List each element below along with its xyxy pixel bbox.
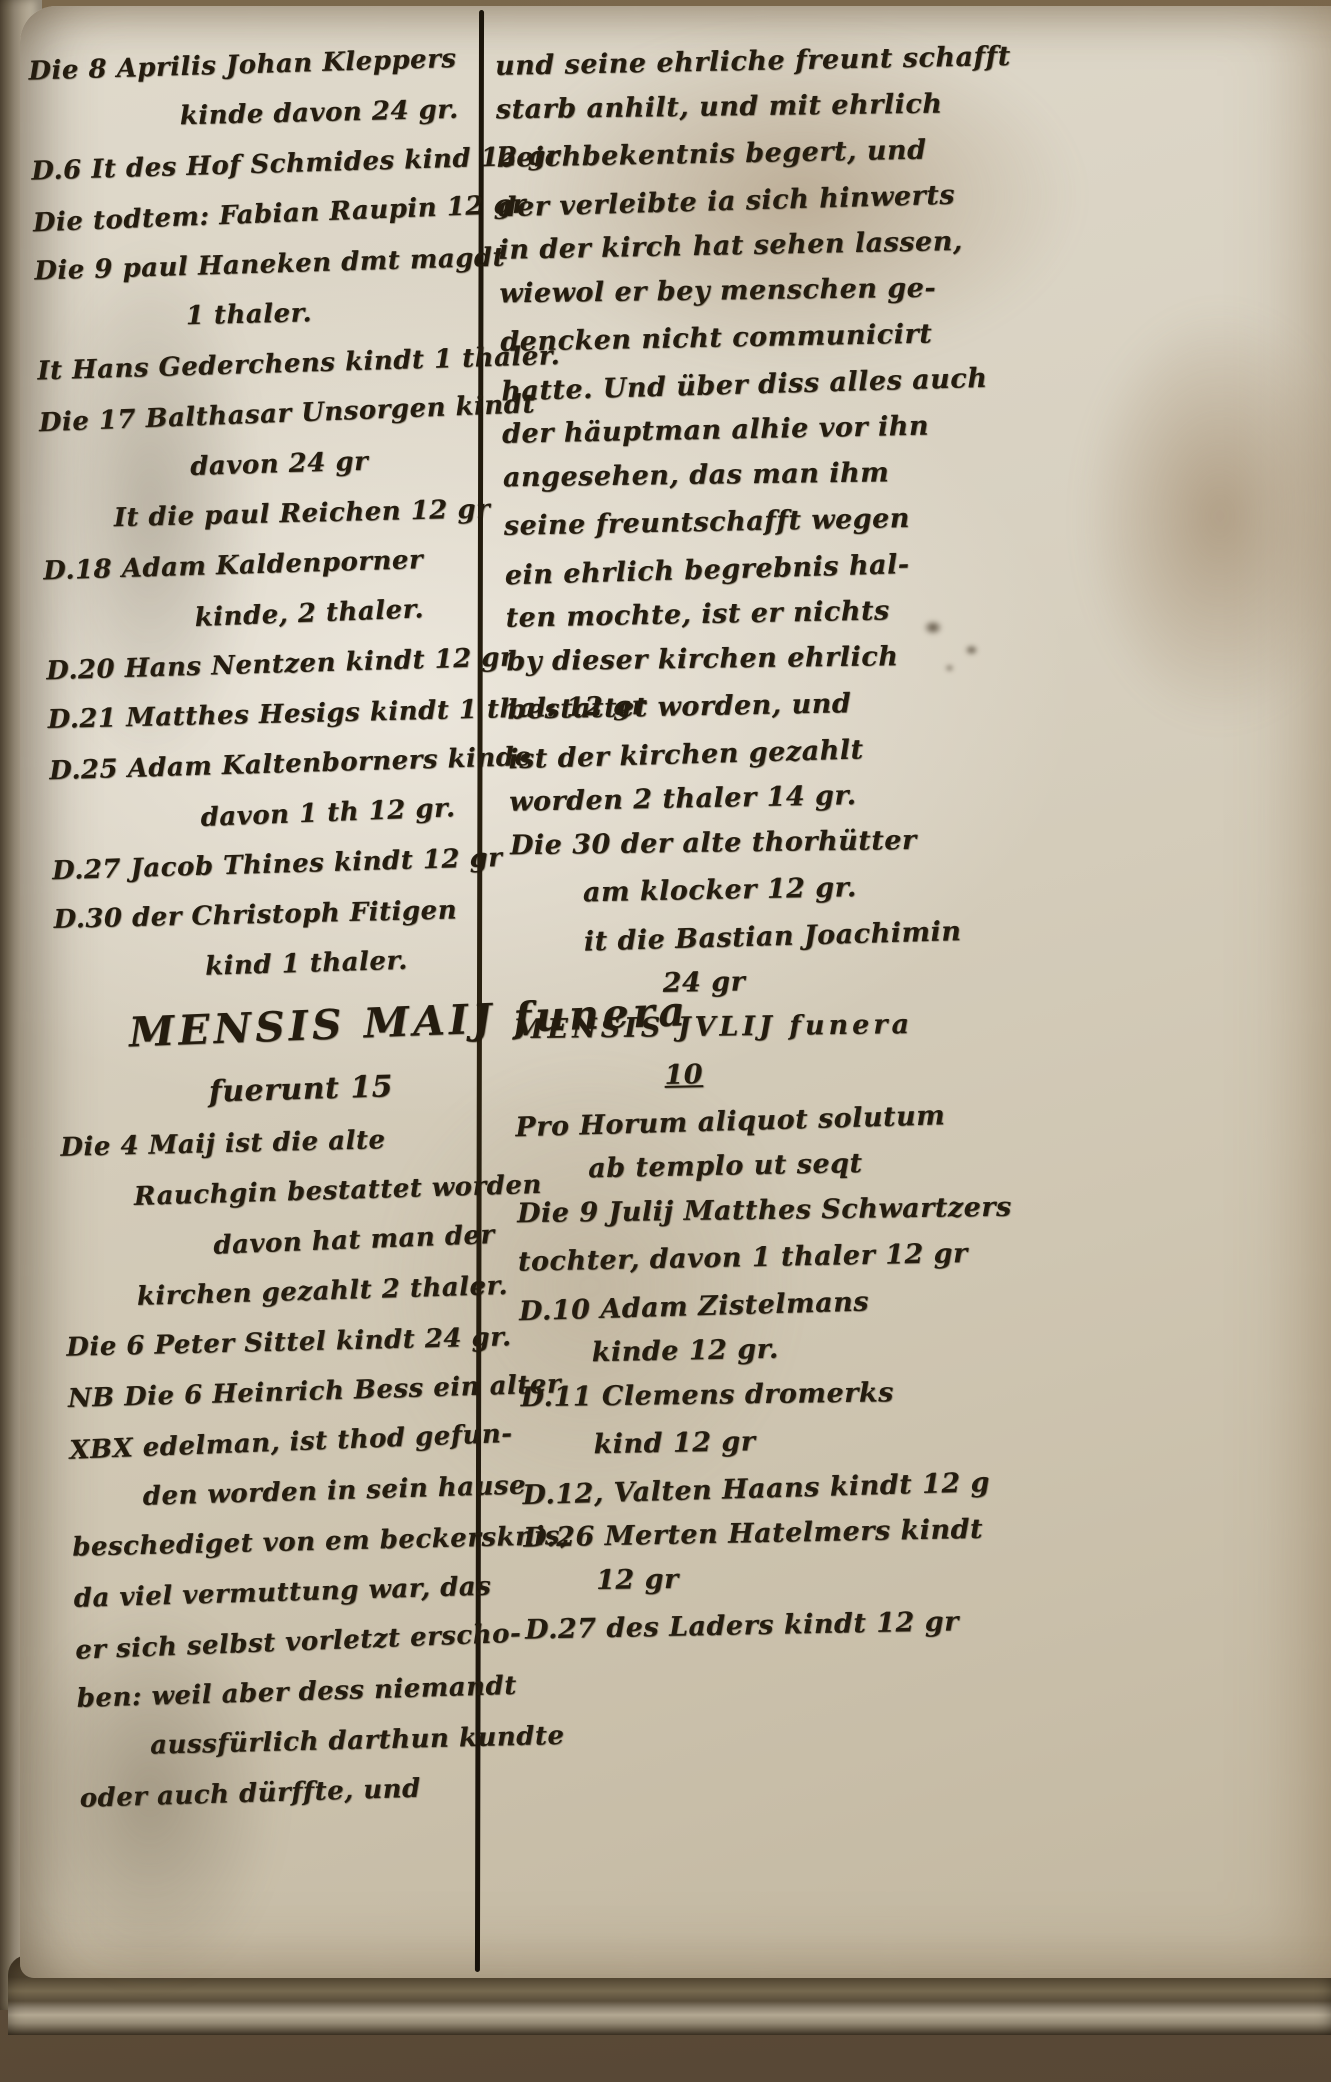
- manuscript-line: davon 1 th 12 gr.: [200, 783, 472, 843]
- manuscript-line: It die paul Reichen 12 gr: [113, 485, 462, 543]
- left-column: Die 8 Aprilis Johan Klepperskinde davon …: [28, 34, 501, 1824]
- manuscript-line: beschediget von em beckersknis,: [72, 1513, 493, 1573]
- manuscript-line: oder auch dürffte, und: [79, 1761, 500, 1823]
- manuscript-line: kinde, 2 thaler.: [194, 583, 466, 643]
- manuscript-line: aussfürlich darthun kundte: [150, 1712, 499, 1770]
- right-column: und seine ehrliche freunt schafftstarb a…: [495, 28, 1331, 1653]
- manuscript-line: davon hat man der: [212, 1210, 484, 1270]
- manuscript-line: D.21 Matthes Hesigs kindt 1 thal: 12 gr: [47, 685, 468, 745]
- manuscript-line: Die 6 Peter Sittel kindt 24 gr.: [66, 1313, 487, 1373]
- manuscript-line: MENSIS MAIJ funera: [128, 982, 479, 1069]
- manuscript-page: Die 8 Aprilis Johan Klepperskinde davon …: [20, 6, 1331, 1978]
- manuscript-line: 1 thaler.: [185, 285, 456, 341]
- manuscript-line: davon 24 gr: [190, 434, 461, 492]
- open-register-photo: Die 8 Aprilis Johan Klepperskinde davon …: [0, 0, 1331, 2082]
- manuscript-line: 12 gr: [596, 1548, 1331, 1604]
- manuscript-line: kirchen gezahlt 2 thaler.: [136, 1262, 485, 1322]
- manuscript-line: Die 4 Maij ist die alte: [60, 1113, 481, 1173]
- manuscript-line: kinde davon 24 gr.: [179, 85, 450, 141]
- manuscript-line: D.30 der Christoph Fitigen: [53, 885, 474, 945]
- manuscript-line: fuerunt 15: [208, 1058, 479, 1120]
